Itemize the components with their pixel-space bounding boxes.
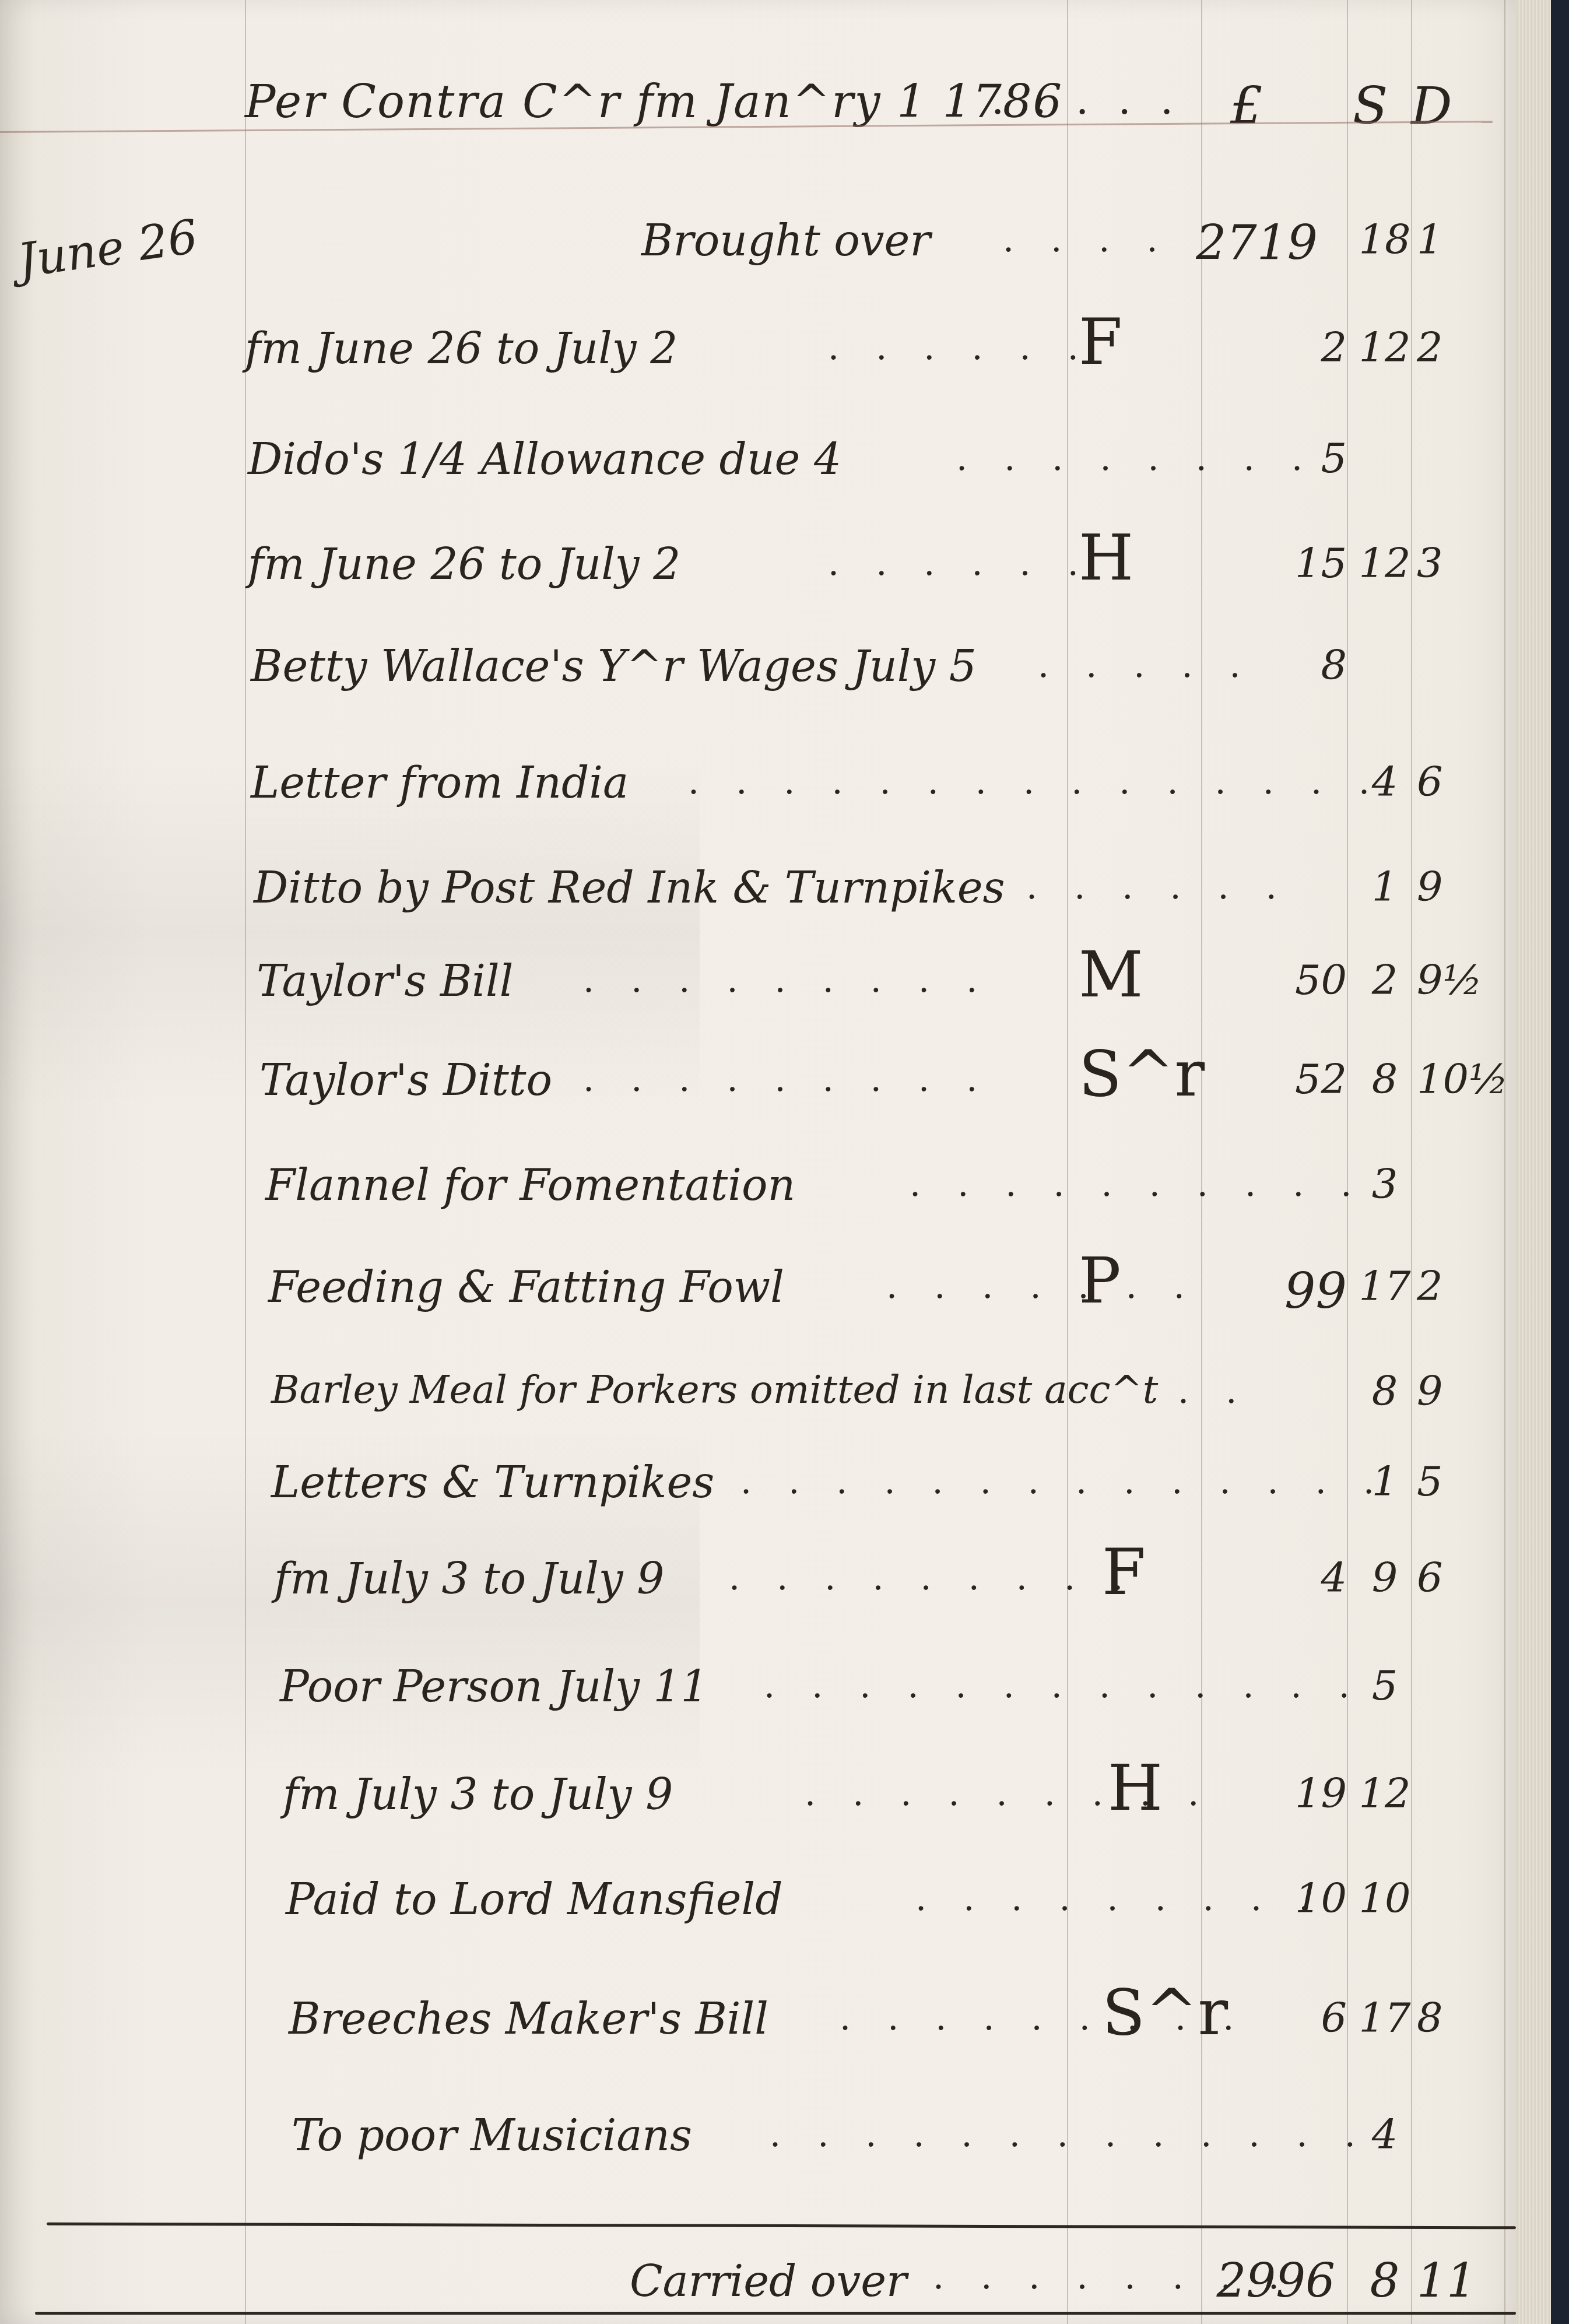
leader-dots: . . . . . . . . . . xyxy=(910,1164,1364,1205)
shillings-value: 4 xyxy=(1353,758,1417,806)
ledger-entry: Letters & Turnpikes . . . . . . . . . . … xyxy=(0,1458,1516,1545)
ledger-entry: Paid to Lord Mansfield . . . . . . . . .… xyxy=(0,1874,1516,1962)
entry-description: Betty Wallace's Y^r Wages July 5 xyxy=(251,641,977,691)
shillings-value: 1 xyxy=(1353,1458,1417,1505)
leader-dots: . . . . . . xyxy=(1026,866,1290,907)
pence-value: 2 xyxy=(1417,1262,1516,1310)
entry-description: Taylor's Bill xyxy=(257,956,513,1006)
entry-description: Letter from India xyxy=(251,758,629,808)
shillings-value: 17 xyxy=(1353,1994,1417,2042)
leader-dots: . . . . . . xyxy=(828,543,1091,584)
ledger-entry: Breeches Maker's Bill . . . . . . . . . … xyxy=(0,1994,1516,2081)
ledger-entry: Poor Person July 11 . . . . . . . . . . … xyxy=(0,1662,1516,1749)
shillings-value: 8 xyxy=(1353,1055,1417,1103)
shillings-value: 17 xyxy=(1353,1262,1417,1310)
pounds-value: 52 xyxy=(1213,1055,1347,1103)
shillings-value: 2 xyxy=(1353,956,1417,1004)
leader-dots: . . . . . . . . . xyxy=(583,960,990,1000)
ledger-entry: Flannel for Fomentation . . . . . . . . … xyxy=(0,1160,1516,1248)
pounds-value: 6 xyxy=(1213,1994,1347,2042)
ledger-entry: Ditto by Post Red Ink & Turnpikes . . . … xyxy=(0,863,1516,950)
shillings-value: 3 xyxy=(1353,1160,1417,1208)
pounds-value: 19 xyxy=(1213,1770,1347,1817)
entry-description: fm July 3 to July 9 xyxy=(283,1770,673,1820)
pounds-value: 99 xyxy=(1213,1262,1347,1319)
pence-value: 3 xyxy=(1417,539,1516,587)
entry-category: H xyxy=(1108,1752,1163,1825)
entry-description: Feeding & Fatting Fowl xyxy=(268,1262,784,1312)
shillings-heading: S xyxy=(1353,76,1388,136)
pence-value: 2 xyxy=(1417,324,1516,371)
entry-description: Dido's 1/4 Allowance due 4 xyxy=(248,434,841,485)
double-total-rule xyxy=(35,2312,1516,2315)
entry-description: To poor Musicians xyxy=(292,2111,692,2161)
pounds-value: 2996 xyxy=(1201,2253,1335,2308)
entry-category: S^r xyxy=(1079,1038,1205,1111)
leader-dots: . . . . . . . . . xyxy=(729,1557,1136,1598)
shillings-value: 4 xyxy=(1353,2111,1417,2158)
leader-dots: . . . . . . . xyxy=(886,1266,1198,1307)
brought-over-row: Brought over . . . . 2719 18 1 xyxy=(0,216,1516,303)
leader-dots: . . . . . . . . . . . . . xyxy=(764,1665,1363,1706)
ledger-entry: fm June 26 to July 2 . . . . . . F 2 12 … xyxy=(0,324,1516,411)
shillings-value: 10 xyxy=(1353,1874,1417,1922)
leader-dots: . . . . . . . . . xyxy=(583,1059,990,1100)
ledger-entry: fm July 3 to July 9 . . . . . . . . . H … xyxy=(0,1770,1516,1857)
leader-dots: . . xyxy=(1178,1371,1249,1412)
pence-value: 9 xyxy=(1417,863,1516,911)
entry-category: S^r xyxy=(1102,1977,1228,2049)
ledger-entry: Barley Meal for Porkers omitted in last … xyxy=(0,1367,1516,1455)
entry-description: Flannel for Fomentation xyxy=(265,1160,795,1210)
pence-heading: D xyxy=(1411,76,1452,136)
pence-value: 8 xyxy=(1417,1994,1516,2042)
ledger-entry: Taylor's Bill . . . . . . . . . M 50 2 9… xyxy=(0,956,1516,1044)
pence-value: 1 xyxy=(1417,216,1516,264)
ledger-entry: Taylor's Ditto . . . . . . . . . S^r 52 … xyxy=(0,1055,1516,1143)
ledger-title: Per Contra C^r fm Jan^ry 1 1786 xyxy=(245,76,1063,128)
entry-description: Taylor's Ditto xyxy=(259,1055,552,1105)
carried-over-label: Carried over xyxy=(630,2256,907,2307)
pence-value: 9½ xyxy=(1417,956,1516,1004)
ledger-entry: Feeding & Fatting Fowl . . . . . . . P 9… xyxy=(0,1262,1516,1350)
pounds-value: 2719 xyxy=(1184,216,1318,271)
pounds-value: 8 xyxy=(1213,641,1347,689)
entry-category: P xyxy=(1079,1245,1121,1318)
leader-dots: . . . . . . . . . . . . . . xyxy=(740,1461,1387,1502)
ledger-page: Per Contra C^r fm Jan^ry 1 1786 . . . . … xyxy=(0,0,1516,2324)
header-leader: . . . . . xyxy=(991,76,1181,124)
total-rule xyxy=(47,2223,1516,2230)
ledger-entry: Betty Wallace's Y^r Wages July 5 . . . .… xyxy=(0,641,1516,729)
ledger-entry: Letter from India . . . . . . . . . . . … xyxy=(0,758,1516,845)
entry-description: Breeches Maker's Bill xyxy=(289,1994,768,2044)
entry-description: fm June 26 to July 2 xyxy=(248,539,680,589)
entry-description: Barley Meal for Porkers omitted in last … xyxy=(271,1367,1158,1412)
leader-dots: . . . . . . . . . . . . . xyxy=(770,2114,1368,2155)
ledger-header: Per Contra C^r fm Jan^ry 1 1786 . . . . … xyxy=(245,76,1498,140)
entry-description: Letters & Turnpikes xyxy=(271,1458,714,1508)
shillings-value: 12 xyxy=(1353,1770,1417,1817)
leader-dots: . . . . . . xyxy=(828,327,1091,368)
entry-description: fm July 3 to July 9 xyxy=(274,1554,664,1604)
shillings-value: 1 xyxy=(1353,863,1417,911)
ledger-entry: Dido's 1/4 Allowance due 4 . . . . . . .… xyxy=(0,434,1516,522)
ledger-entry: fm July 3 to July 9 . . . . . . . . . F … xyxy=(0,1554,1516,1641)
shillings-value: 5 xyxy=(1353,1662,1417,1709)
entry-description: Poor Person July 11 xyxy=(280,1662,708,1712)
shillings-value: 8 xyxy=(1353,1367,1417,1415)
brought-over-label: Brought over xyxy=(641,216,931,266)
pence-value: 6 xyxy=(1417,758,1516,806)
pence-value: 9 xyxy=(1417,1367,1516,1415)
shillings-value: 18 xyxy=(1353,216,1417,264)
page-fore-edge xyxy=(1516,0,1551,2324)
leader-dots: . . . . xyxy=(1003,219,1171,260)
entry-category: M xyxy=(1079,939,1143,1012)
pence-value: 11 xyxy=(1417,2253,1516,2308)
pounds-heading: £ xyxy=(1230,76,1263,136)
ledger-entry: To poor Musicians . . . . . . . . . . . … xyxy=(0,2111,1516,2198)
shillings-value: 12 xyxy=(1353,324,1417,371)
pence-value: 6 xyxy=(1417,1554,1516,1602)
shillings-value: 12 xyxy=(1353,539,1417,587)
pounds-value: 10 xyxy=(1213,1874,1347,1922)
pounds-value: 5 xyxy=(1213,434,1347,482)
pounds-value: 4 xyxy=(1213,1554,1347,1602)
pounds-value: 2 xyxy=(1213,324,1347,371)
entry-category: F xyxy=(1079,306,1122,379)
shillings-value: 9 xyxy=(1353,1554,1417,1602)
pounds-value: 15 xyxy=(1213,539,1347,587)
entry-description: Ditto by Post Red Ink & Turnpikes xyxy=(254,863,1005,913)
pence-value: 10½ xyxy=(1417,1055,1516,1103)
leader-dots: . . . . . . . . . . . . . . . xyxy=(688,761,1382,802)
entry-description: fm June 26 to July 2 xyxy=(245,324,678,374)
pounds-value: 50 xyxy=(1213,956,1347,1004)
ledger-entry: fm June 26 to July 2 . . . . . . H 15 12… xyxy=(0,539,1516,627)
carried-over-row: Carried over . . . . . . . . 2996 8 11 xyxy=(0,2274,1516,2324)
book-binding xyxy=(1551,0,1569,2324)
pence-value: 5 xyxy=(1417,1458,1516,1505)
entry-category: H xyxy=(1079,522,1133,595)
entry-description: Paid to Lord Mansfield xyxy=(286,1874,783,1925)
shillings-value: 8 xyxy=(1353,2253,1417,2308)
entry-category: F xyxy=(1102,1536,1146,1609)
